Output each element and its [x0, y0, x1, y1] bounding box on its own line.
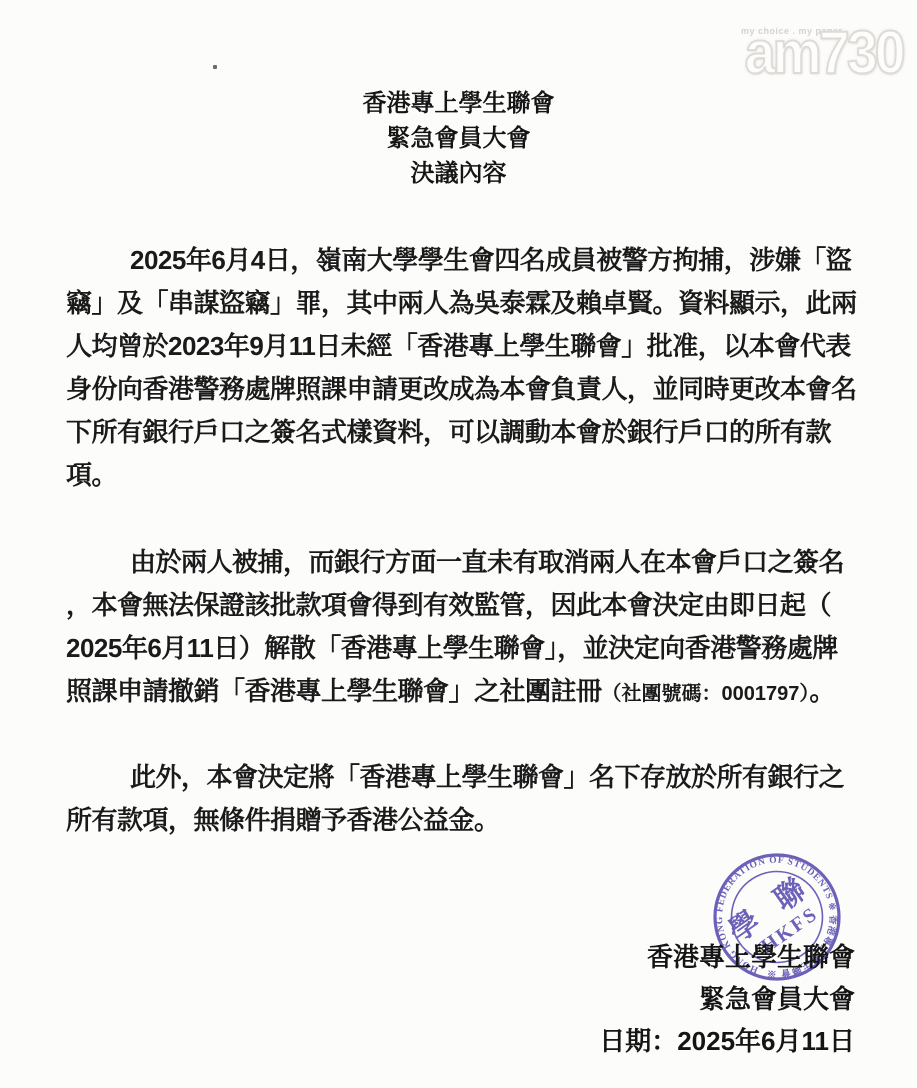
p1-line1: 2025年6月4日，嶺南大學學生會四名成員被警方拘捕，涉嫌「盜 [66, 239, 866, 282]
title-org-line: 香港專上學生聯會 [0, 86, 917, 121]
p3-line2: 所有款項，無條件捐贈予香港公益金。 [66, 799, 866, 842]
p2-line4-main: 照課申請撤銷「香港專上學生聯會」之社團註冊 [66, 676, 602, 706]
scan-speck [213, 65, 217, 69]
signature-org: 香港專上學生聯會 [599, 936, 855, 978]
paragraph-2: 由於兩人被捕，而銀行方面一直未有取消兩人在本會戶口之簽名 ，本會無法保證該批款項… [66, 541, 866, 716]
society-number-note: （社團號碼：0001797） [602, 683, 810, 705]
p1-line6: 項。 [66, 454, 866, 497]
p3-line1: 此外，本會決定將「香港專上學生聯會」名下存放於所有銀行之 [66, 756, 866, 799]
p2-line4: 照課申請撤銷「香港專上學生聯會」之社團註冊（社團號碼：0001797）。 [66, 670, 866, 716]
p2-line1: 由於兩人被捕，而銀行方面一直未有取消兩人在本會戶口之簽名 [66, 541, 866, 584]
title-subject-line: 決議內容 [0, 156, 917, 191]
p1-line3: 人均曾於2023年9月11日未經「香港專上學生聯會」批准，以本會代表 [66, 325, 866, 368]
p2-line2: ，本會無法保證該批款項會得到有效監管，因此本會決定由即日起（ [66, 584, 866, 627]
title-meeting-line: 緊急會員大會 [0, 121, 917, 156]
scanned-document-page: my choice . my paper am730 香港專上學生聯會 緊急會員… [0, 0, 917, 1088]
p2-line4-period: 。 [809, 676, 835, 706]
signature-block: 香港專上學生聯會 緊急會員大會 日期：2025年6月11日 [599, 936, 855, 1062]
p2-line3: 2025年6月11日）解散「香港專上學生聯會」，並決定向香港警務處牌 [66, 627, 866, 670]
p1-line2: 竊」及「串謀盜竊」罪，其中兩人為吳泰霖及賴卓賢。資料顯示，此兩 [66, 282, 866, 325]
document-title: 香港專上學生聯會 緊急會員大會 決議內容 [0, 86, 917, 191]
paragraph-1: 2025年6月4日，嶺南大學學生會四名成員被警方拘捕，涉嫌「盜 竊」及「串謀盜竊… [66, 239, 866, 497]
signature-meeting: 緊急會員大會 [599, 978, 855, 1020]
signature-date: 日期：2025年6月11日 [599, 1020, 855, 1062]
p1-line4: 身份向香港警務處牌照課申請更改成為本會負責人，並同時更改本會名 [66, 368, 866, 411]
p1-line5: 下所有銀行戶口之簽名式樣資料，可以調動本會於銀行戶口的所有款 [66, 411, 866, 454]
am730-logo-watermark: am730 [745, 18, 903, 87]
paragraph-3: 此外，本會決定將「香港專上學生聯會」名下存放於所有銀行之 所有款項，無條件捐贈予… [66, 756, 866, 842]
